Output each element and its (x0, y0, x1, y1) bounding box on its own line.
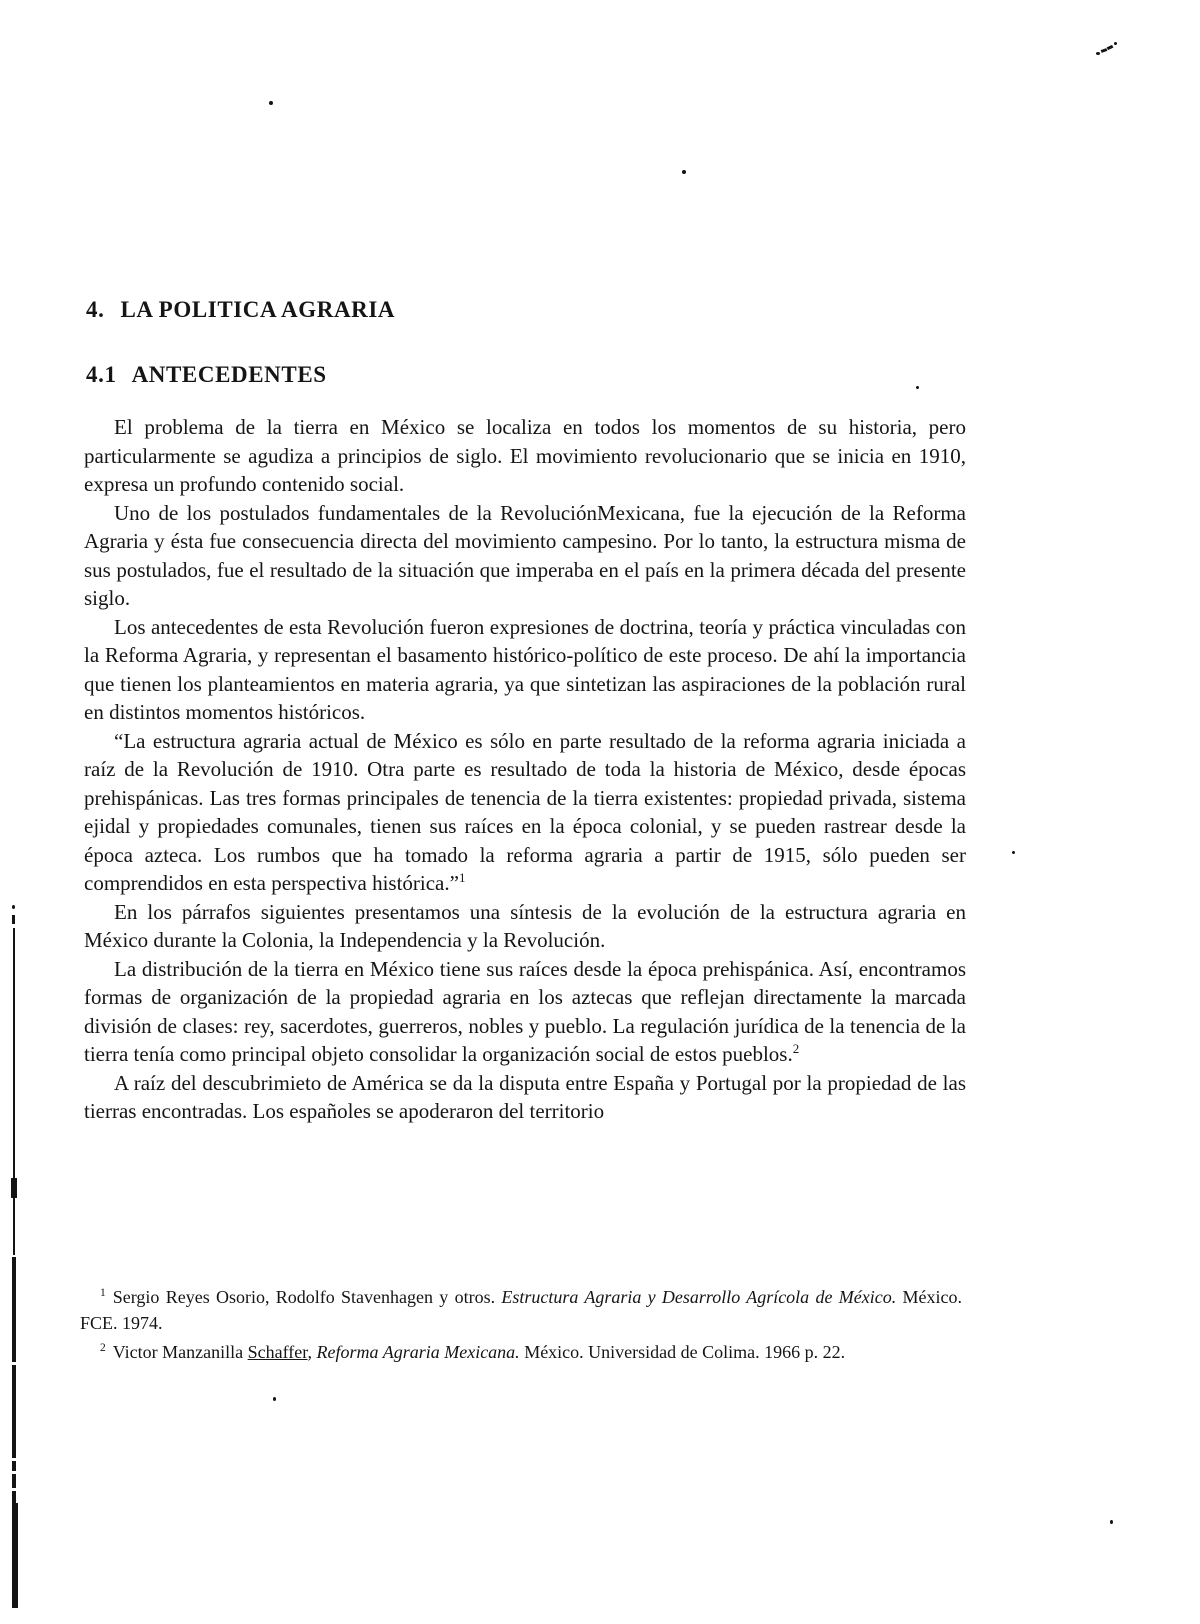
section-number: 4.1 (86, 362, 117, 388)
chapter-number: 4. (86, 297, 104, 323)
scan-speck (273, 1397, 276, 1401)
footnote-text: Schaffer (248, 1342, 308, 1362)
paragraph: La distribución de la tierra en México t… (84, 955, 966, 1069)
paragraph: En los párrafos siguientes presentamos u… (84, 898, 966, 955)
scan-speck (1110, 1520, 1113, 1524)
footnotes: 1Sergio Reyes Osorio, Rodolfo Stavenhage… (80, 1284, 962, 1368)
chapter-heading: 4. LA POLITICA AGRARIA (86, 297, 395, 323)
paragraph: “La estructura agraria actual de México … (84, 727, 966, 898)
footnote-text: Estructura Agraria y Desarrollo Agrícola… (501, 1287, 896, 1307)
paragraph: Los antecedentes de esta Revolución fuer… (84, 613, 966, 727)
footnote: 1Sergio Reyes Osorio, Rodolfo Stavenhage… (80, 1284, 962, 1336)
section-title: ANTECEDENTES (132, 362, 327, 388)
scan-speck (1012, 851, 1015, 854)
scan-speck (269, 101, 273, 105)
footnote-text: Reforma Agraria Mexicana. (317, 1342, 520, 1362)
footnote-text: , (308, 1342, 317, 1362)
footnote-marker: 1 (100, 1287, 106, 1299)
footnote-text: Sergio Reyes Osorio, Rodolfo Stavenhagen… (113, 1287, 502, 1307)
footnote-reference: 2 (793, 1041, 800, 1056)
footnote-marker: 2 (100, 1342, 106, 1354)
paragraph: Uno de los postulados fundamentales de l… (84, 499, 966, 613)
body-text: El problema de la tierra en México se lo… (84, 413, 966, 1126)
paragraph: A raíz del descubrimieto de América se d… (84, 1069, 966, 1126)
scan-speck (916, 386, 919, 389)
footnote-text: México. Universidad de Colima. 1966 p. 2… (520, 1342, 845, 1362)
scanned-document-page: 4. LA POLITICA AGRARIA 4.1 ANTECEDENTES … (0, 0, 1200, 1624)
footnote-text: Victor Manzanilla (113, 1342, 248, 1362)
paragraph: El problema de la tierra en México se lo… (84, 413, 966, 499)
section-heading: 4.1 ANTECEDENTES (86, 362, 327, 388)
footnote-reference: 1 (459, 870, 466, 885)
chapter-title: LA POLITICA AGRARIA (120, 297, 395, 323)
scan-speck (682, 170, 686, 174)
footnote: 2Victor Manzanilla Schaffer, Reforma Agr… (80, 1339, 962, 1365)
